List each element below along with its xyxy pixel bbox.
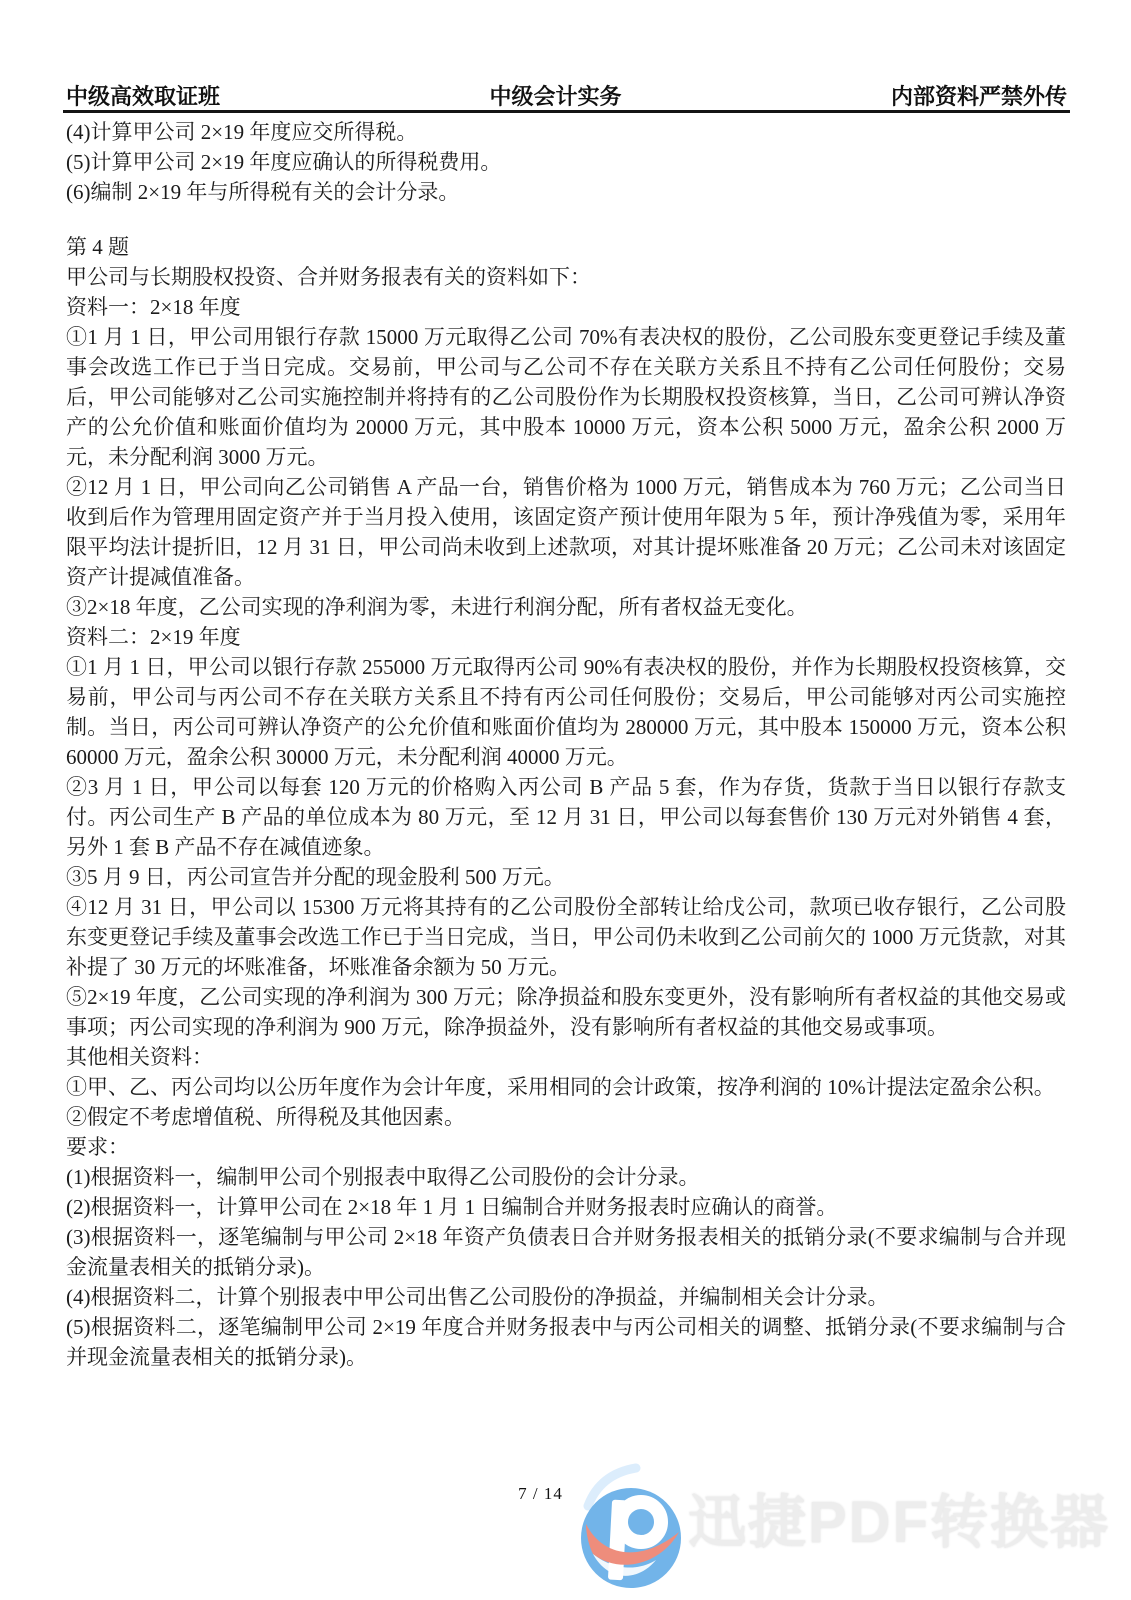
- other-info-item-1: ①甲、乙、丙公司均以公历年度作为会计年度，采用相同的会计政策，按净利润的 10%…: [66, 1072, 1066, 1102]
- requirement-item-4: (4)根据资料二，计算个别报表中甲公司出售乙公司股份的净损益，并编制相关会计分录…: [66, 1282, 1066, 1312]
- other-info-heading: 其他相关资料：: [66, 1042, 1066, 1072]
- material-two-item-5: ⑤2×19 年度，乙公司实现的净利润为 300 万元；除净损益和股东变更外，没有…: [66, 982, 1066, 1042]
- page-header: 中级高效取证班 中级会计实务 内部资料严禁外传: [66, 80, 1067, 111]
- material-two-item-4: ④12 月 31 日，甲公司以 15300 万元将其持有的乙公司股份全部转让给戊…: [66, 892, 1066, 982]
- document-page: 中级高效取证班 中级会计实务 内部资料严禁外传 (4)计算甲公司 2×19 年度…: [0, 0, 1131, 1600]
- document-body: (4)计算甲公司 2×19 年度应交所得税。 (5)计算甲公司 2×19 年度应…: [66, 117, 1066, 1372]
- header-course-title: 中级高效取证班: [66, 80, 220, 111]
- watermark-text: 迅捷PDF转换器: [688, 1492, 1110, 1554]
- material-two-heading: 资料二：2×19 年度: [66, 622, 1066, 652]
- material-one-heading: 资料一：2×18 年度: [66, 292, 1066, 322]
- material-one-item-2: ②12 月 1 日，甲公司向乙公司销售 A 产品一台，销售价格为 1000 万元…: [66, 472, 1066, 592]
- requirement-item-3: (3)根据资料一，逐笔编制与甲公司 2×18 年资产负债表日合并财务报表相关的抵…: [66, 1222, 1066, 1282]
- other-info-item-2: ②假定不考虑增值税、所得税及其他因素。: [66, 1102, 1066, 1132]
- question-title: 第 4 题: [66, 232, 1066, 262]
- pdf-converter-logo-icon: [578, 1462, 686, 1594]
- question-intro: 甲公司与长期股权投资、合并财务报表有关的资料如下：: [66, 262, 1066, 292]
- material-two-item-1: ①1 月 1 日，甲公司以银行存款 255000 万元取得丙公司 90%有表决权…: [66, 652, 1066, 772]
- requirement-item-5: (5)根据资料二，逐笔编制甲公司 2×19 年度合并财务报表中与丙公司相关的调整…: [66, 1312, 1066, 1372]
- requirement-line: (4)计算甲公司 2×19 年度应交所得税。: [66, 117, 1066, 147]
- header-confidential-notice: 内部资料严禁外传: [891, 80, 1067, 111]
- requirement-line: (6)编制 2×19 年与所得税有关的会计分录。: [66, 177, 1066, 207]
- header-divider: [63, 110, 1070, 113]
- material-one-item-3: ③2×18 年度，乙公司实现的净利润为零，未进行利润分配，所有者权益无变化。: [66, 592, 1066, 622]
- blank-line: [66, 207, 1066, 232]
- requirement-item-1: (1)根据资料一，编制甲公司个别报表中取得乙公司股份的会计分录。: [66, 1162, 1066, 1192]
- requirement-item-2: (2)根据资料一，计算甲公司在 2×18 年 1 月 1 日编制合并财务报表时应…: [66, 1192, 1066, 1222]
- material-one-item-1: ①1 月 1 日，甲公司用银行存款 15000 万元取得乙公司 70%有表决权的…: [66, 322, 1066, 472]
- requirements-heading: 要求：: [66, 1132, 1066, 1162]
- header-subject-title: 中级会计实务: [489, 80, 621, 111]
- material-two-item-2: ②3 月 1 日，甲公司以每套 120 万元的价格购入丙公司 B 产品 5 套，…: [66, 772, 1066, 862]
- requirement-line: (5)计算甲公司 2×19 年度应确认的所得税费用。: [66, 147, 1066, 177]
- material-two-item-3: ③5 月 9 日，丙公司宣告并分配的现金股利 500 万元。: [66, 862, 1066, 892]
